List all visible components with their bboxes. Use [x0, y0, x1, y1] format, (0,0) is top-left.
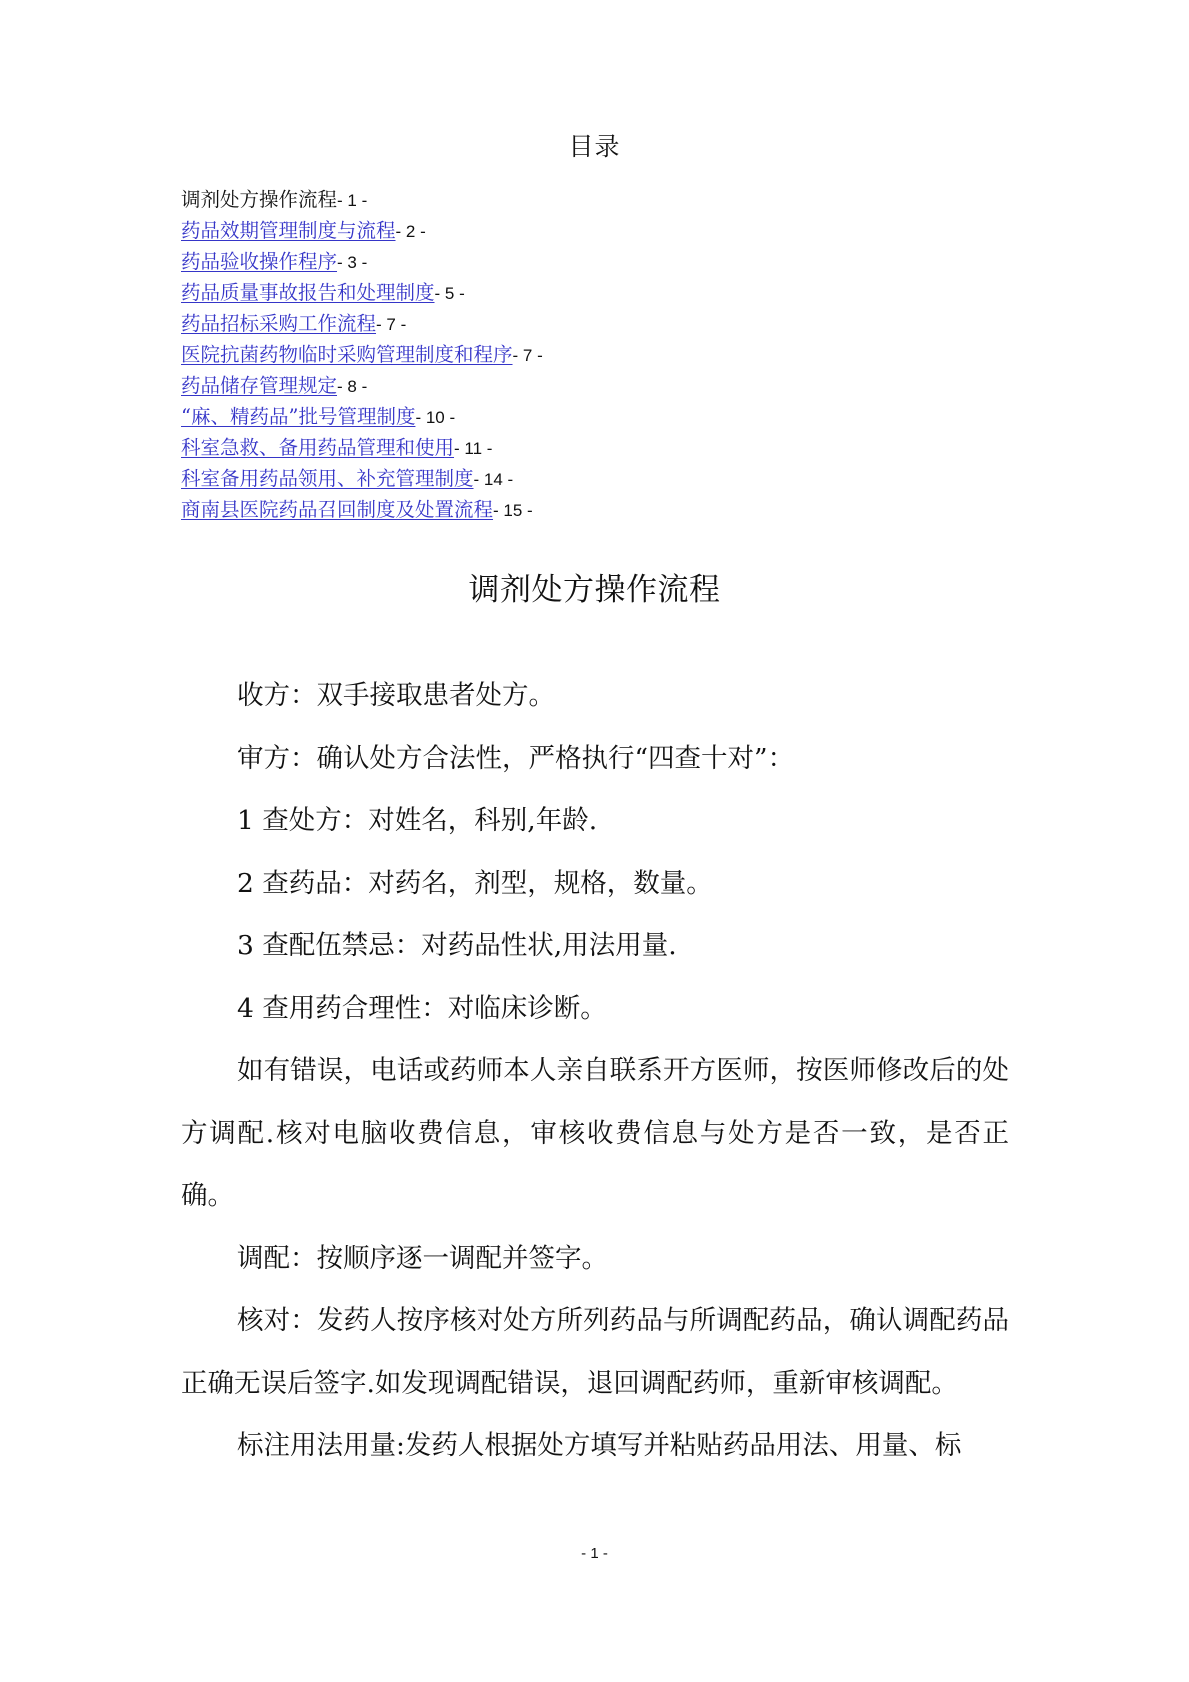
toc-item[interactable]: 科室备用药品领用、补充管理制度- 14 - — [181, 465, 543, 496]
toc-item[interactable]: 科室急救、备用药品管理和使用- 11 - — [181, 434, 543, 465]
toc-item-link[interactable]: 医院抗菌药物临时采购管理制度和程序 — [181, 343, 513, 366]
section-title: 调剂处方操作流程 — [0, 568, 1189, 612]
toc-item-link[interactable]: 科室备用药品领用、补充管理制度 — [181, 467, 474, 490]
paragraph-review: 审方：确认处方合法性，严格执行“四查十对”： — [181, 728, 1009, 791]
paragraph-verify: 核对：发药人按序核对处方所列药品与所调配药品，确认调配药品正确无误后签字.如发现… — [181, 1290, 1009, 1415]
paragraph-check-prescription: 1 查处方：对姓名，科别,年龄. — [181, 790, 1009, 853]
toc-item-page: - 1 - — [337, 191, 367, 210]
toc-item[interactable]: 医院抗菌药物临时采购管理制度和程序- 7 - — [181, 341, 543, 372]
page-number: - 1 - — [0, 1545, 1189, 1562]
toc-item-page: - 8 - — [337, 377, 367, 396]
paragraph-label-usage: 标注用法用量:发药人根据处方填写并粘贴药品用法、用量、标 — [181, 1415, 1009, 1478]
toc-item-link[interactable]: 药品效期管理制度与流程 — [181, 219, 396, 242]
toc-item-page: - 3 - — [337, 253, 367, 272]
toc-item[interactable]: 药品质量事故报告和处理制度- 5 - — [181, 279, 543, 310]
paragraph-error-handling: 如有错误，电话或药师本人亲自联系开方医师，按医师修改后的处方调配.核对电脑收费信… — [181, 1040, 1009, 1228]
toc-item-page: - 10 - — [415, 408, 455, 427]
toc-heading: 目录 — [0, 130, 1189, 164]
toc-item-link[interactable]: 药品验收操作程序 — [181, 250, 337, 273]
toc-item[interactable]: 药品储存管理规定- 8 - — [181, 372, 543, 403]
paragraph-dispense: 调配：按顺序逐一调配并签字。 — [181, 1228, 1009, 1291]
toc-item[interactable]: “麻、精药品”批号管理制度- 10 - — [181, 403, 543, 434]
toc-item[interactable]: 调剂处方操作流程- 1 - — [181, 186, 543, 217]
toc-item[interactable]: 药品效期管理制度与流程- 2 - — [181, 217, 543, 248]
toc-item-page: - 5 - — [435, 284, 465, 303]
toc-item-page: - 2 - — [396, 222, 426, 241]
toc-item[interactable]: 商南县医院药品召回制度及处置流程- 15 - — [181, 496, 543, 527]
toc-item-link[interactable]: “麻、精药品”批号管理制度 — [181, 405, 415, 428]
table-of-contents: 调剂处方操作流程- 1 - 药品效期管理制度与流程- 2 - 药品验收操作程序-… — [181, 186, 543, 527]
toc-item-page: - 11 - — [454, 439, 492, 458]
toc-item-page: - 7 - — [376, 315, 406, 334]
toc-item-link[interactable]: 商南县医院药品召回制度及处置流程 — [181, 498, 493, 521]
toc-item-page: - 14 - — [474, 470, 514, 489]
toc-item-link[interactable]: 药品招标采购工作流程 — [181, 312, 376, 335]
toc-item-link[interactable]: 药品储存管理规定 — [181, 374, 337, 397]
paragraph-check-rationality: 4 查用药合理性：对临床诊断。 — [181, 978, 1009, 1041]
paragraph-check-contraindication: 3 查配伍禁忌：对药品性状,用法用量. — [181, 915, 1009, 978]
paragraph-check-drug: 2 查药品：对药名，剂型，规格，数量。 — [181, 853, 1009, 916]
paragraph-receive: 收方：双手接取患者处方。 — [181, 665, 1009, 728]
toc-item-label[interactable]: 调剂处方操作流程 — [181, 188, 337, 211]
toc-item-link[interactable]: 药品质量事故报告和处理制度 — [181, 281, 435, 304]
document-page: 目录 调剂处方操作流程- 1 - 药品效期管理制度与流程- 2 - 药品验收操作… — [0, 0, 1189, 1682]
toc-item[interactable]: 药品招标采购工作流程- 7 - — [181, 310, 543, 341]
toc-item-page: - 7 - — [513, 346, 543, 365]
toc-item[interactable]: 药品验收操作程序- 3 - — [181, 248, 543, 279]
section-body: 收方：双手接取患者处方。 审方：确认处方合法性，严格执行“四查十对”： 1 查处… — [181, 665, 1009, 1478]
toc-item-link[interactable]: 科室急救、备用药品管理和使用 — [181, 436, 454, 459]
toc-item-page: - 15 - — [493, 501, 533, 520]
